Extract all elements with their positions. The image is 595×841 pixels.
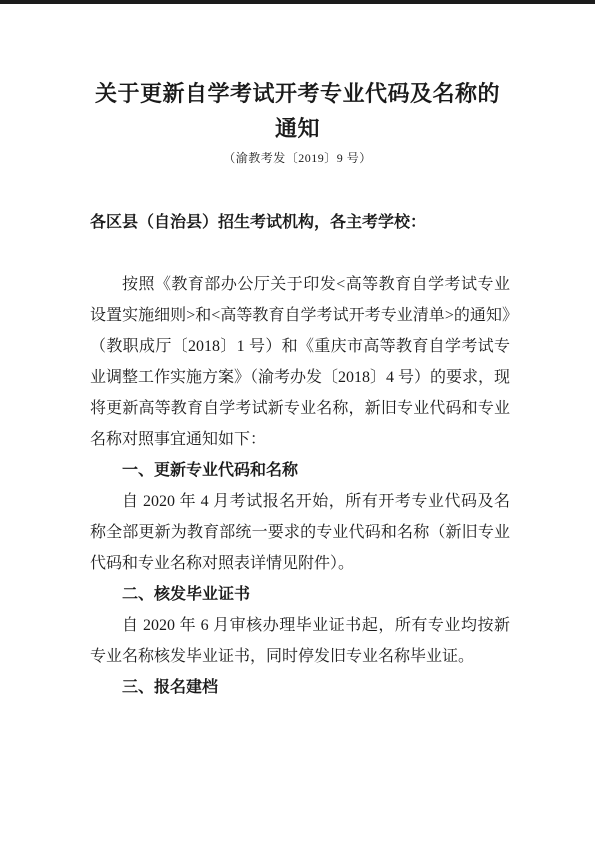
paragraph-2: 自 2020 年 4 月考试报名开始，所有开考专业代码及名称全部更新为教育部统一… bbox=[90, 486, 510, 579]
doc-number: （渝教考发〔2019〕9 号） bbox=[0, 149, 595, 167]
section-heading-1: 一、更新专业代码和名称 bbox=[90, 455, 510, 486]
salutation: 各区县（自治县）招生考试机构，各主考学校： bbox=[90, 207, 510, 238]
paragraph-3: 自 2020 年 6 月审核办理毕业证书起，所有专业均按新专业名称核发毕业证书，… bbox=[90, 610, 510, 672]
document-page: 关于更新自学考试开考专业代码及名称的 通知 （渝教考发〔2019〕9 号） 各区… bbox=[0, 0, 595, 841]
notice-title-line-1: 关于更新自学考试开考专业代码及名称的 bbox=[0, 76, 595, 111]
notice-title: 关于更新自学考试开考专业代码及名称的 通知 bbox=[0, 76, 595, 146]
top-edge-bar bbox=[0, 0, 595, 4]
paragraph-1: 按照《教育部办公厅关于印发<高等教育自学考试专业设置实施细则>和<高等教育自学考… bbox=[90, 269, 510, 455]
document-body: 各区县（自治县）招生考试机构，各主考学校： 按照《教育部办公厅关于印发<高等教育… bbox=[90, 207, 510, 703]
section-heading-3: 三、报名建档 bbox=[90, 672, 510, 703]
notice-title-line-2: 通知 bbox=[0, 111, 595, 146]
section-heading-2: 二、核发毕业证书 bbox=[90, 579, 510, 610]
